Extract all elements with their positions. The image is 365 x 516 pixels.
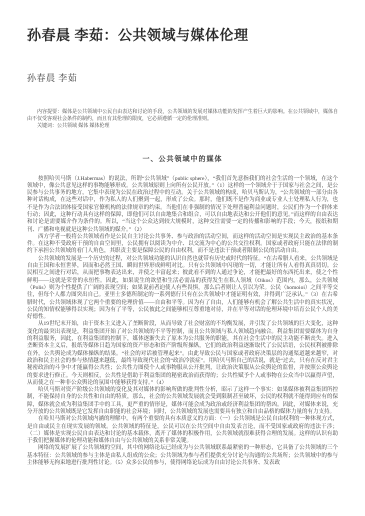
- article-body: 按照哈贝马斯（J.Habermas）的说法，所谓“公共领域”（public sp…: [27, 176, 338, 468]
- page-title: 孙春晨 李茹：公共领域与媒体伦理: [27, 28, 338, 46]
- body-paragraph: 从19世纪末开始，由于资本主义进入了垄断阶段，从而导致了社会财富的不均衡发展，并…: [27, 321, 338, 387]
- document-page: 孙春晨 李茹：公共领域与媒体伦理 孙春晨 李茹 内容提要：媒体是公共领域中公民自…: [0, 0, 365, 516]
- body-paragraph: 哈贝马斯对资产阶级公共领域的变化及其对媒体的影响所做的批判性分析，昭示了这样一个…: [27, 387, 338, 416]
- body-paragraph: 公共领域的发展是一个历史的过程，对公共领域功能的认识自然也就带有历史或时代的特征…: [27, 256, 338, 322]
- body-paragraph: 在哈贝马斯对公共领域内涵的理解中，有两个重要的具有本质意义的方面：（一）公共领域…: [27, 416, 338, 445]
- body-paragraph: 网络的发展扩展了公共领域的空间，其中的网络论坛已经成为与公共领域联系最紧密的一种…: [27, 445, 338, 467]
- body-paragraph: 西方学者一般将公共领域看作是公民自主讨论公共事务、参与政治的活动空间，而这样的活…: [27, 234, 338, 256]
- section-heading: 一、公共领域中的媒体: [27, 154, 338, 164]
- abstract-text: 内容提要：媒体是公共领域中公民自由表达和讨论的手段，公共领域的发展对媒体功能的发…: [27, 109, 338, 123]
- keywords-line: 关键词：公共领域 媒体 媒体伦理: [27, 123, 338, 130]
- authors-line: 孙春晨 李茹: [27, 71, 338, 84]
- body-paragraph: 按照哈贝马斯（J.Habermas）的说法，所谓“公共领域”（public sp…: [27, 176, 338, 234]
- abstract-block: 内容提要：媒体是公共领域中公民自由表达和讨论的手段，公共领域的发展对媒体功能的发…: [27, 109, 338, 130]
